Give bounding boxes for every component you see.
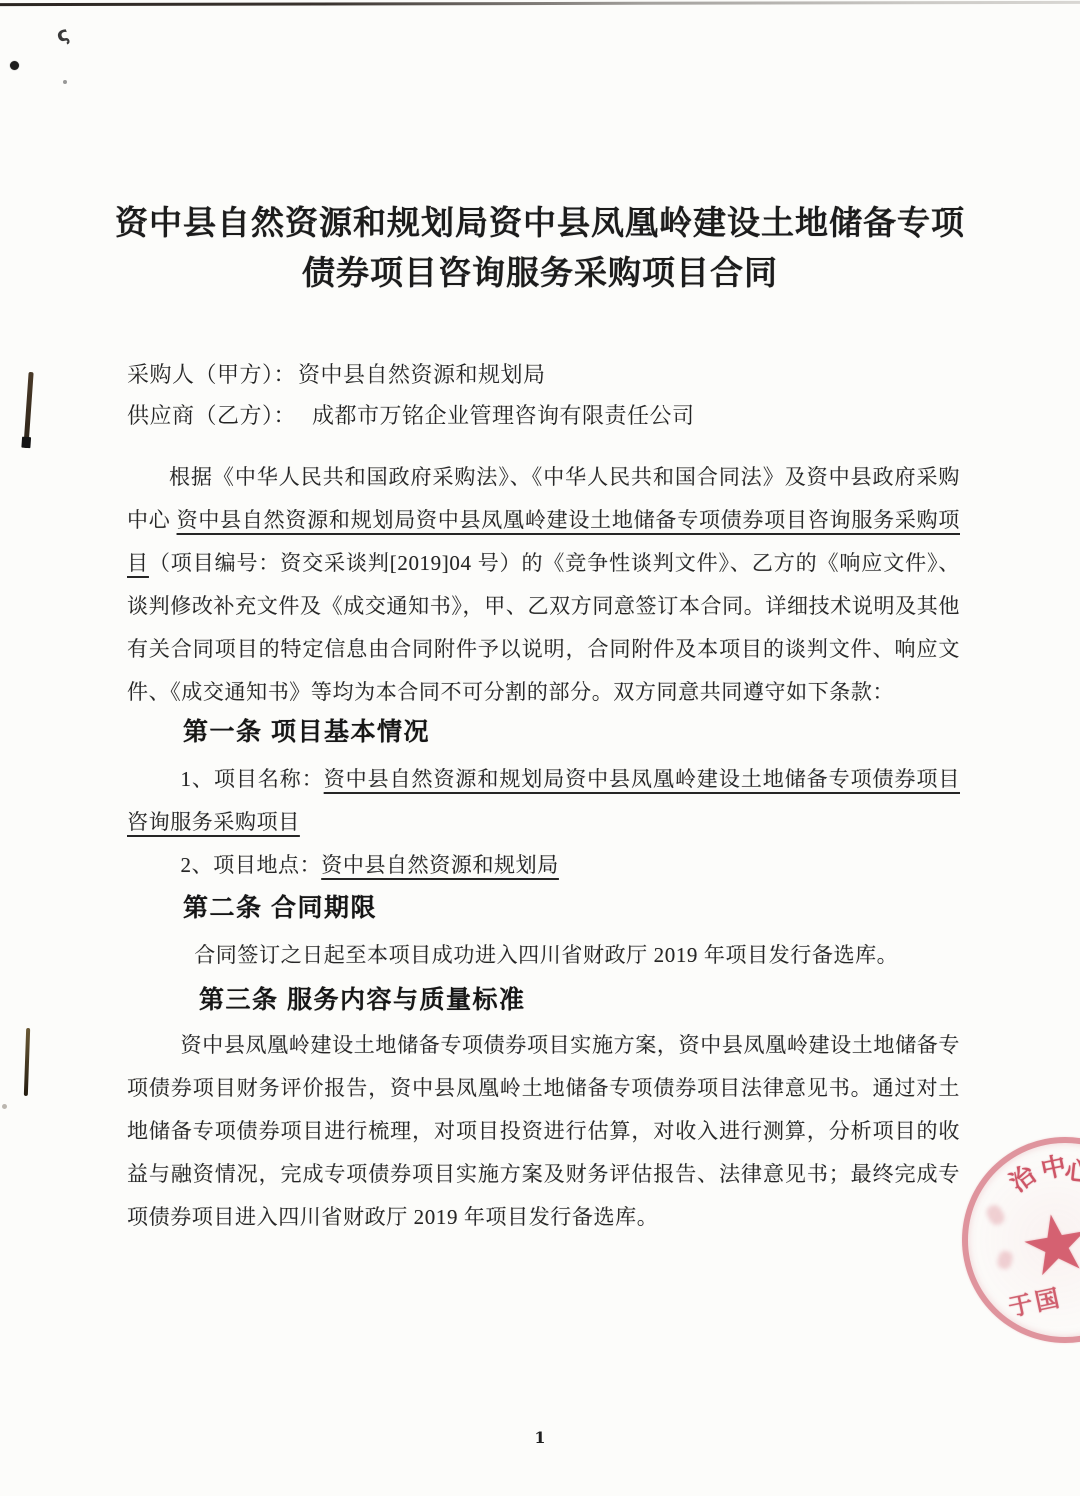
document-page: ς 资中县自然资源和规划局资中县凤凰岭建设土地储备专项 债券项目咨询服务采购项目…	[0, 0, 1080, 1496]
buyer-name: 资中县自然资源和规划局	[298, 362, 546, 387]
stamp-smudge	[996, 1249, 1014, 1270]
preamble-paragraph: 根据《中华人民共和国政府采购法》、《中华人民共和国合同法》及资中县政府采购中心 …	[127, 456, 960, 714]
ink-speck-bottom	[2, 1104, 7, 1109]
stamp-star-icon: ★	[1010, 1198, 1080, 1291]
supplier-name: 成都市万铭企业管理咨询有限责任公司	[312, 403, 695, 428]
binding-mark-top	[23, 372, 33, 448]
article-1-item-1: 1、项目名称：资中县自然资源和规划局资中县凤凰岭建设土地储备专项债券项目咨询服务…	[127, 758, 960, 844]
article-3-body: 资中县凤凰岭建设土地储备专项债券项目实施方案，资中县凤凰岭建设土地储备专项债券项…	[127, 1024, 960, 1239]
buyer-row: 采购人（甲方）：资中县自然资源和规划局	[127, 354, 695, 395]
parties-block: 采购人（甲方）：资中县自然资源和规划局 供应商（乙方）：成都市万铭企业管理咨询有…	[127, 354, 695, 436]
title-line-2: 债券项目咨询服务采购项目合同	[0, 248, 1080, 298]
stamp-arc-char-3: 心	[1064, 1158, 1080, 1185]
scan-edge-line	[0, 1, 1080, 6]
official-stamp: ★ 治 中 心 于国	[962, 1137, 1080, 1343]
item-2-value-underlined: 资中县自然资源和规划局	[321, 853, 559, 877]
preamble-text-after: （项目编号：资交采谈判[2019]04 号）的《竞争性谈判文件》、乙方的《响应文…	[127, 551, 960, 704]
stamp-arc-char-1: 治	[1005, 1161, 1040, 1196]
ink-speck	[63, 80, 67, 84]
article-3-heading: 第三条 服务内容与质量标准	[199, 980, 525, 1016]
page-number: 1	[0, 1428, 1080, 1447]
title-line-1: 资中县自然资源和规划局资中县凤凰岭建设土地储备专项	[0, 198, 1080, 248]
article-1-item-2: 2、项目地点：资中县自然资源和规划局	[127, 844, 960, 887]
stamp-smudge	[984, 1203, 1007, 1228]
article-1-heading: 第一条 项目基本情况	[183, 712, 430, 748]
document-title: 资中县自然资源和规划局资中县凤凰岭建设土地储备专项 债券项目咨询服务采购项目合同	[0, 198, 1080, 298]
buyer-label: 采购人（甲方）：	[127, 362, 296, 387]
supplier-row: 供应商（乙方）：成都市万铭企业管理咨询有限责任公司	[127, 395, 695, 436]
article-2-body: 合同签订之日起至本项目成功进入四川省财政厅 2019 年项目发行备选库。	[127, 934, 967, 977]
item-2-label: 2、项目地点：	[181, 853, 322, 877]
item-1-label: 1、项目名称：	[181, 767, 324, 791]
ink-dot	[10, 61, 19, 70]
supplier-label: 供应商（乙方）：	[127, 403, 296, 428]
binding-mark-bottom	[24, 1028, 30, 1096]
article-2-heading: 第二条 合同期限	[183, 888, 377, 924]
pen-mark: ς	[53, 20, 72, 38]
